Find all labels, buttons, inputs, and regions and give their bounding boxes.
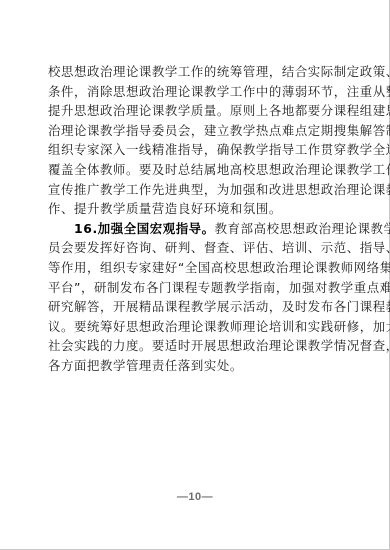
text-line: 社会实践的力度。要适时开展思想政治理论课教学情况督查，推动 [48,336,342,356]
text-line: 各方面把教学管理责任落到实处。 [48,356,342,376]
document-page: 校思想政治理论课教学工作的统筹管理，结合实际制定政策、创造 条件，消除思想政治理… [0,0,390,550]
text-line: 条件，消除思想政治理论课教学工作中的薄弱环节，注重从整体上 [48,82,342,102]
text-line: 员会要发挥好咨询、研判、督查、评估、培训、示范、指导、引领 [48,238,342,258]
text-line: 宣传推广教学工作先进典型，为加强和改进思想政治理论课教学工 [48,180,342,200]
page-number: —10— [0,491,390,503]
section-heading: 16.加强全国宏观指导。 [74,221,215,236]
text-line: 等作用，组织专家建好“全国高校思想政治理论课教师网络集体备课 [48,258,342,278]
text-line: 覆盖全体教师。要及时总结属地高校思想政治理论课教学工作经验， [48,160,342,180]
section-heading-line: 16.加强全国宏观指导。教育部高校思想政治理论课教学指导委 [48,219,342,239]
text-fragment: 教育部高校思想政治理论课教学指导委 [215,221,390,236]
text-line: 治理论课教学指导委员会，建立教学热点难点定期搜集解答制度， [48,121,342,141]
document-body: 校思想政治理论课教学工作的统筹管理，结合实际制定政策、创造 条件，消除思想政治理… [48,62,342,376]
text-line: 研究解答，开展精品课程教学展示活动，及时发布各门课程教学建 [48,297,342,317]
text-line: 作、提升教学质量营造良好环境和氛围。 [48,199,342,219]
text-line: 校思想政治理论课教学工作的统筹管理，结合实际制定政策、创造 [48,62,342,82]
text-line: 平台”，研制发布各门课程专题教学指南，加强对教学重点难点问题 [48,278,342,298]
text-line: 议。要统筹好思想政治理论课教师理论培训和实践研修，加大教师 [48,317,342,337]
text-line: 提升思想政治理论课教学质量。原则上各地都要分课程组建思想政 [48,101,342,121]
text-line: 组织专家深入一线精准指导，确保教学指导工作贯穿教学全过程、 [48,140,342,160]
